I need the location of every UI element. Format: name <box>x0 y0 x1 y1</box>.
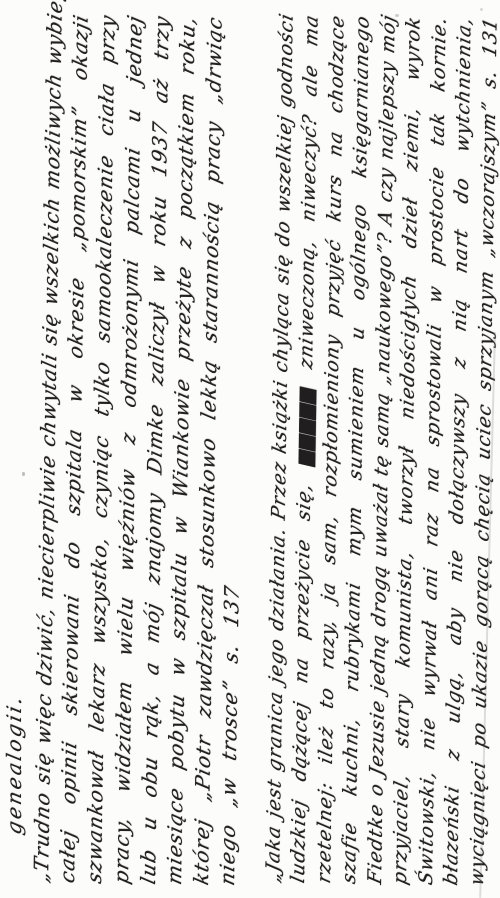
ink-speck <box>395 14 399 17</box>
paragraph-2: „Jaka jest granica jego działania. Przez… <box>260 14 500 886</box>
ink-speck <box>22 472 25 476</box>
ink-speck <box>480 8 483 11</box>
scanned-page: genealogii. „Trudno się więc dziwić, nie… <box>0 0 500 898</box>
catchword: genealogii. <box>2 692 26 836</box>
rotated-manuscript-canvas: genealogii. „Trudno się więc dziwić, nie… <box>0 0 500 898</box>
paragraph-1: „Trudno się więc dziwić, niecierpliwie c… <box>28 14 255 885</box>
